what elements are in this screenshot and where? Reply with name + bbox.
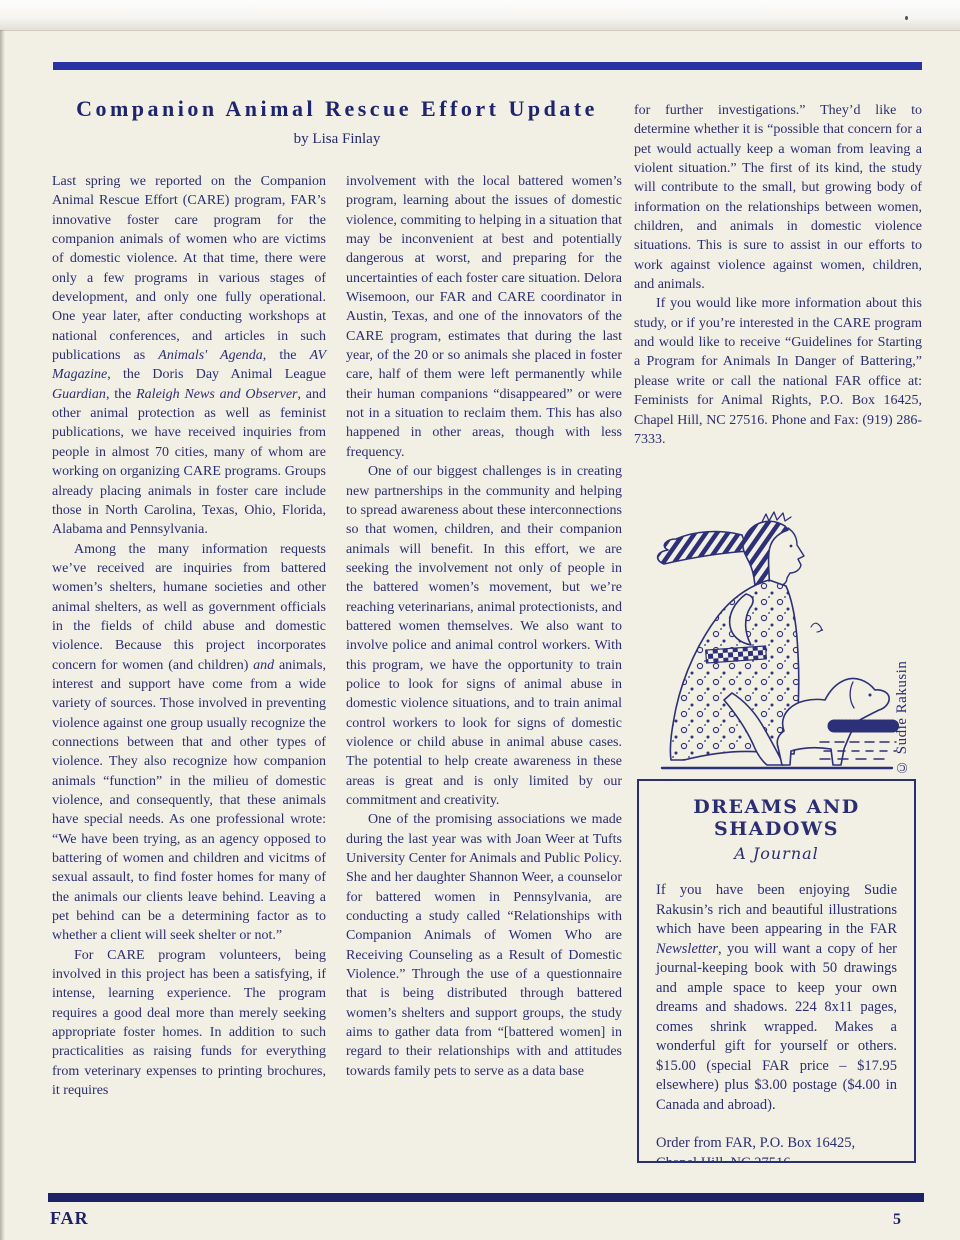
footer-divider-rule: [48, 1193, 924, 1202]
ad-order-info: Order from FAR, P.O. Box 16425, Chapel H…: [656, 1134, 897, 1163]
scanner-edge-band: [0, 0, 960, 31]
paragraph: If you would like more information about…: [634, 294, 922, 449]
body-text: , the: [263, 348, 310, 363]
article-column-1: Last spring we reported on the Companion…: [52, 172, 326, 1101]
scan-speck: [905, 16, 908, 20]
italic-text: and: [253, 658, 274, 673]
ad-subtitle: A Journal: [656, 844, 897, 863]
byline: by Lisa Finlay: [52, 131, 622, 148]
body-text: for further investigations.” They’d like…: [634, 103, 922, 292]
italic-text: Raleigh News and Observer: [136, 387, 297, 402]
newsletter-page: Companion Animal Rescue Effort Update by…: [0, 0, 960, 1240]
body-text: If you have been enjoying Sudie Rakusin’…: [656, 882, 897, 937]
body-text: animals, interest and support have come …: [52, 658, 326, 944]
body-text: One of the promising associations we mad…: [346, 812, 622, 1078]
paragraph: One of our biggest challenges is in crea…: [346, 462, 622, 810]
journal-ad-box: DREAMS AND SHADOWS A Journal If you have…: [637, 779, 916, 1163]
italic-text: Animals' Agenda: [158, 348, 263, 363]
article-header: Companion Animal Rescue Effort Update by…: [52, 96, 622, 148]
body-text: , you will want a copy of her journal-ke…: [656, 941, 897, 1113]
woman-and-dog-illustration: [648, 502, 906, 774]
article-column-3: for further investigations.” They’d like…: [634, 101, 922, 449]
illustration-credit: © Sudie Rakusin: [894, 620, 914, 775]
body-text: For CARE program volunteers, being invol…: [52, 948, 326, 1098]
paragraph: involvement with the local battered wome…: [346, 172, 622, 462]
body-text: Among the many information requests we’v…: [52, 542, 326, 673]
page-number: 5: [893, 1211, 901, 1229]
body-text: , the Doris Day Animal League: [107, 367, 326, 382]
page-title: Companion Animal Rescue Effort Update: [52, 96, 622, 122]
footer-brand: FAR: [50, 1208, 89, 1229]
italic-text: Guardian: [52, 387, 106, 402]
top-divider-rule: [53, 62, 922, 70]
ad-title: DREAMS AND SHADOWS: [656, 796, 897, 840]
paragraph: Last spring we reported on the Companion…: [52, 172, 326, 540]
body-text: involvement with the local battered wome…: [346, 174, 622, 460]
paragraph: for further investigations.” They’d like…: [634, 101, 922, 294]
paragraph: Among the many information requests we’v…: [52, 540, 326, 946]
article-column-2: involvement with the local battered wome…: [346, 172, 622, 1081]
body-text: Last spring we reported on the Companion…: [52, 174, 326, 363]
body-text: If you would like more information about…: [634, 296, 922, 446]
body-text: , the: [106, 387, 136, 402]
body-text: , and other animal protection as well as…: [52, 387, 326, 537]
page-edge-shadow: [0, 30, 5, 1240]
paragraph: If you have been enjoying Sudie Rakusin’…: [656, 881, 897, 1115]
italic-text: Newsletter: [656, 941, 718, 957]
paragraph: For CARE program volunteers, being invol…: [52, 946, 326, 1101]
body-text: One of our biggest challenges is in crea…: [346, 464, 622, 808]
paragraph: One of the promising associations we mad…: [346, 810, 622, 1081]
ad-body: If you have been enjoying Sudie Rakusin’…: [656, 881, 897, 1115]
